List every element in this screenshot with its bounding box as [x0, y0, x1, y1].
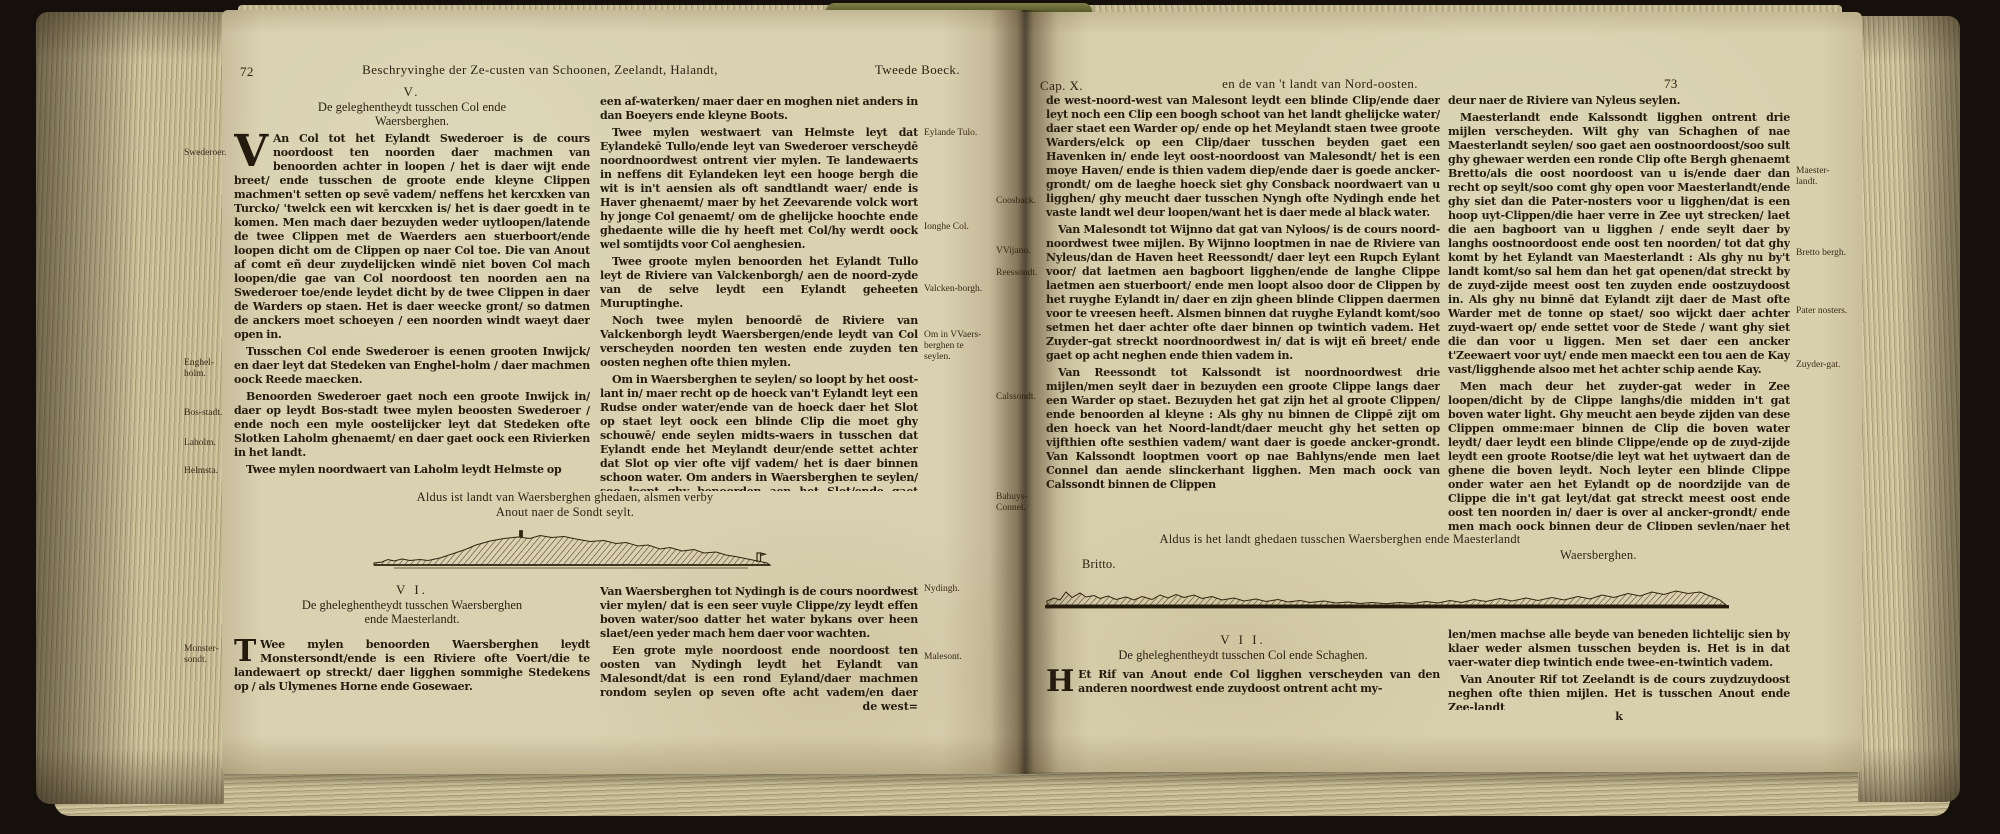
margin-note: Reessondt. [996, 268, 1044, 279]
margin-note: Monster-sondt. [184, 644, 230, 666]
paragraph: een af-waterken/ maer daer en moghen nie… [600, 95, 918, 123]
signature-mark: k [1448, 710, 1790, 723]
margin-note: Bahuys-Connel. [996, 492, 1044, 514]
page-stack-right-edge [1858, 16, 1960, 802]
paragraph-text: Et Rif van Anout ende Col ligghen versch… [1078, 668, 1440, 695]
profile-caption-right: Aldus is het landt ghedaen tusschen Waer… [1120, 532, 1560, 547]
paragraph-text: An Col tot het Eylandt Swederoer is de c… [234, 132, 590, 341]
chapter-heading: Cap. X. [1040, 78, 1083, 94]
margin-note: VVijano. [996, 246, 1044, 257]
paragraph-text: Wee mylen benoorden Waersberghen leydt M… [234, 638, 590, 693]
paragraph: deur naer de Riviere van Nyleus seylen. [1448, 94, 1790, 108]
dropcap-v: V [234, 132, 273, 171]
paragraph: Twee mylen noordwaert van Laholm leydt H… [234, 463, 590, 477]
paragraph: TWee mylen benoorden Waersberghen leydt … [234, 638, 590, 694]
running-title-left: Beschryvinghe der Ze-custen van Schoonen… [320, 62, 760, 78]
book-photo: 72 Beschryvinghe der Ze-custen van Schoo… [0, 0, 2000, 834]
paragraph: len/men machse alle beyde van beneden li… [1448, 628, 1790, 670]
page-stack-bottom-edge [54, 772, 1950, 816]
section-v-title-line2: Waersberghen. [234, 114, 590, 129]
dropcap-t: T [234, 638, 260, 665]
margin-note: Laholm. [184, 438, 230, 449]
folio-number-right: 73 [1664, 76, 1678, 92]
running-title-book: Tweede Boeck. [808, 62, 960, 78]
margin-note: Helmsta. [184, 466, 230, 477]
paragraph: VAn Col tot het Eylandt Swederoer is de … [234, 132, 590, 342]
paragraph: Van Reessondt tot Kalssondt ist noordnoo… [1046, 366, 1440, 492]
paragraph: Twee groote mylen benoorden het Eylandt … [600, 255, 918, 311]
section-vii-number: V I I. [1046, 632, 1440, 648]
profile-baseline [1045, 605, 1729, 608]
section-vii-title: De gheleghentheydt tusschen Col ende Sch… [1046, 648, 1440, 663]
paragraph: Van Malesondt tot Wijnno dat gat van Nyl… [1046, 223, 1440, 363]
paragraph: Twee mylen westwaert van Helmste leyt da… [600, 126, 918, 252]
paragraph: Van Waersberghen tot Nydingh is de cours… [600, 585, 918, 641]
paragraph: Noch twee mylen benoordē de Riviere van … [600, 314, 918, 370]
left-column-1-section-vi: TWee mylen benoorden Waersberghen leydt … [234, 638, 590, 728]
margin-note: Bretto bergh. [1796, 248, 1850, 259]
right-column-2-section-vii: len/men machse alle beyde van beneden li… [1448, 628, 1790, 710]
paragraph: Om in Waersberghen te seylen/ so loopt b… [600, 373, 918, 491]
left-column-1: VAn Col tot het Eylandt Swederoer is de … [234, 132, 590, 482]
section-vi-title-line2: ende Maesterlandt. [234, 612, 590, 627]
right-column-1-section-vii: HEt Rif van Anout ende Col ligghen versc… [1046, 668, 1440, 730]
margin-note: Eylande Tulo. [924, 128, 986, 139]
section-v-number: V. [234, 84, 590, 100]
right-column-1: de west-noord-west van Malesont leydt ee… [1046, 94, 1440, 526]
profile-label-waersberghen: Waersberghen. [1560, 548, 1637, 563]
paragraph: Een grote myle noordoost ende noordoost … [600, 644, 918, 699]
paragraph: Tusschen Col ende Swederoer is eenen gro… [234, 345, 590, 387]
paragraph: Van Anouter Rif tot Zeelandt is de cours… [1448, 673, 1790, 710]
running-title-right: en de van 't landt van Nord-oosten. [1170, 76, 1470, 92]
margin-note: Valcken-borgh. [924, 284, 986, 295]
paragraph: Maesterlandt ende Kalssondt ligghen ontr… [1448, 111, 1790, 377]
margin-note: Zuyder-gat. [1796, 360, 1850, 371]
margin-note: Calssondt. [996, 392, 1044, 403]
margin-note: Ionghe Col. [924, 222, 986, 233]
paragraph: HEt Rif van Anout ende Col ligghen versc… [1046, 668, 1440, 696]
paragraph: Men mach deur het zuyder-gat weder in Ze… [1448, 380, 1790, 530]
profile-caption-left-line2: Anout naer de Sondt seylt. [330, 505, 800, 520]
dropcap-h: H [1046, 668, 1078, 695]
coastal-profile-illustration-maesterlandt [1042, 570, 1732, 614]
section-v-title-line1: De geleghentheydt tusschen Col ende [234, 100, 590, 115]
margin-note: Maester-landt. [1796, 166, 1850, 188]
margin-note: Nydingh. [924, 584, 986, 595]
left-column-2-section-vi: Van Waersberghen tot Nydingh is de cours… [600, 585, 918, 699]
folio-number-left: 72 [240, 64, 254, 80]
margin-note: Om in VVaers-berghen te seylen. [924, 330, 986, 363]
section-vi-number: V I. [234, 582, 590, 598]
margin-note: Enghel-holm. [184, 358, 230, 380]
section-vi-title-line1: De gheleghentheydt tusschen Waersberghen [234, 598, 590, 613]
margin-note: Swederoer. [184, 148, 230, 159]
right-column-2: deur naer de Riviere van Nyleus seylen. … [1448, 94, 1790, 530]
paragraph: Benoorden Swederoer gaet noch een groote… [234, 390, 590, 460]
catchword-left-page: de west= [600, 700, 918, 713]
margin-note: Pater nosters. [1796, 306, 1850, 317]
margin-note: Malesont. [924, 652, 986, 663]
profile-caption-left-line1: Aldus ist landt van Waersberghen ghedaen… [330, 490, 800, 505]
left-column-2: een af-waterken/ maer daer en moghen nie… [600, 95, 918, 491]
margin-note: Coosback. [996, 196, 1044, 207]
margin-note: Bos-stadt. [184, 408, 230, 419]
paragraph: de west-noord-west van Malesont leydt ee… [1046, 94, 1440, 220]
coastal-profile-illustration-waersberghen [368, 524, 780, 574]
